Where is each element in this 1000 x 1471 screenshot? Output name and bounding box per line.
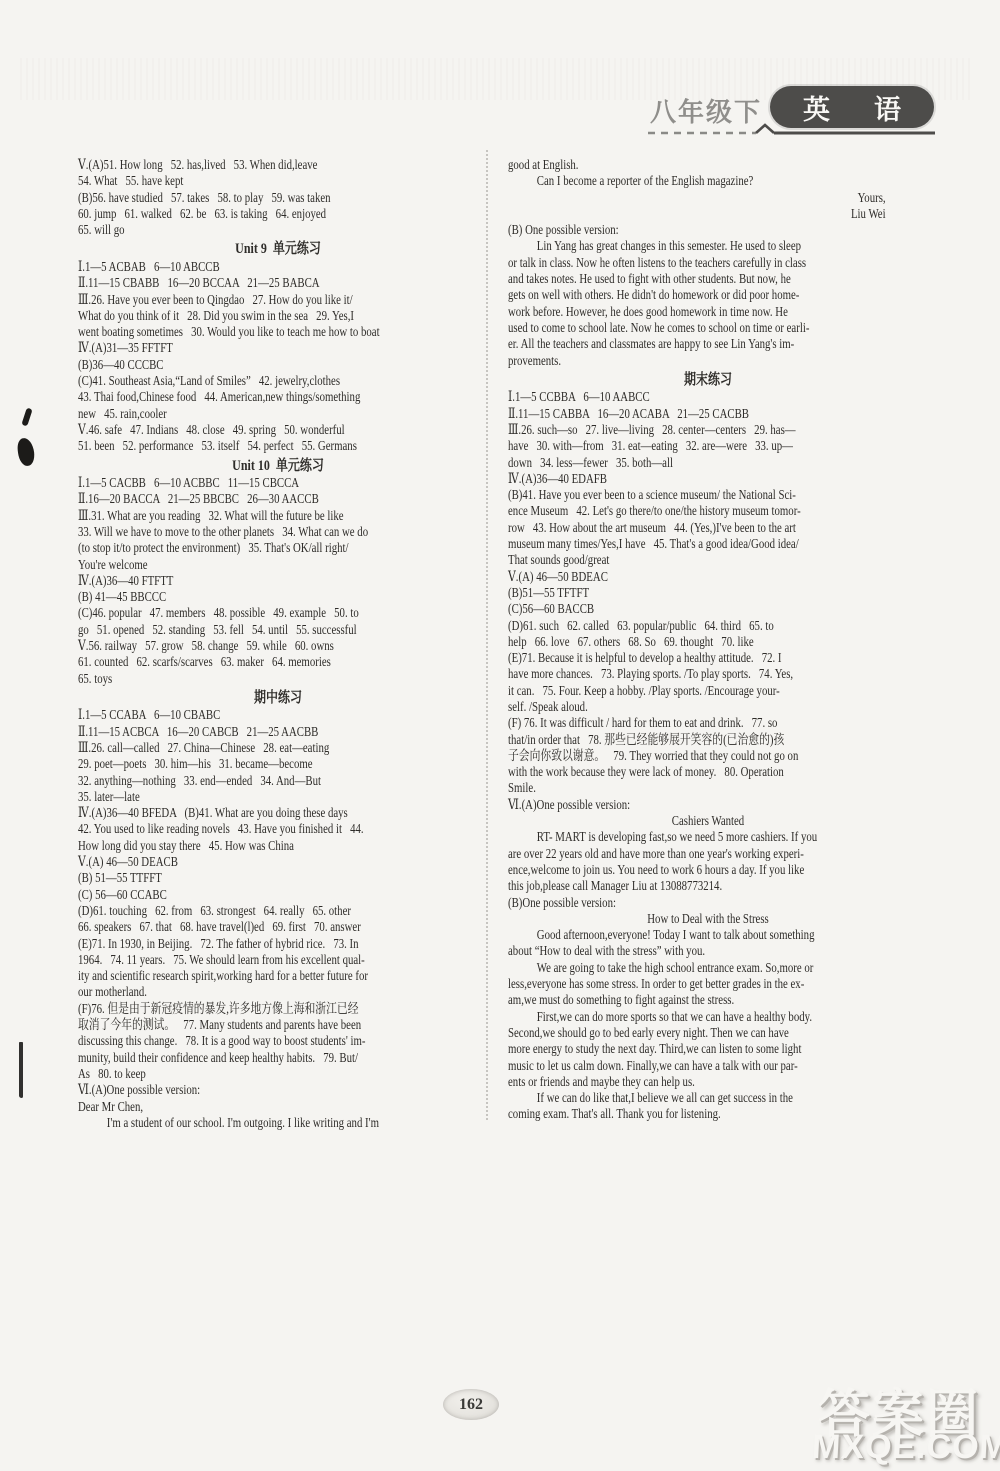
text-line: (D)61. such 62. called 63. popular/publi… <box>508 618 908 634</box>
text-line: went boating sometimes 30. Would you lik… <box>78 324 478 340</box>
column-divider <box>486 150 488 1120</box>
text-line: Ⅴ.56. railway 57. grow 58. change 59. wh… <box>78 638 478 654</box>
text-line: Ⅴ.(A)51. How long 52. has,lived 53. When… <box>78 157 478 173</box>
text-line: 51. been 52. performance 53. itself 54. … <box>78 438 478 454</box>
text-line: it can. 75. Four. Keep a hobby. /Play sp… <box>508 683 908 699</box>
text-line: Ⅰ.1—5 ACBAB 6—10 ABCCB <box>78 259 478 275</box>
text-line: As 80. to keep <box>78 1066 478 1082</box>
text-line: How to Deal with the Stress <box>508 911 908 927</box>
text-line: Second,we should go to bed early every n… <box>508 1025 908 1041</box>
text-line: down 34. less—fewer 35. both—all <box>508 455 908 471</box>
text-line: go 51. opened 52. standing 53. fell 54. … <box>78 622 478 638</box>
text-line: Ⅳ.(A)36—40 EDAFB <box>508 471 908 487</box>
text-line: 32. anything—nothing 33. end—ended 34. A… <box>78 773 478 789</box>
text-line: 29. poet—poets 30. him—his 31. became—be… <box>78 756 478 772</box>
text-line: 60. jump 61. walked 62. be 63. is taking… <box>78 206 478 222</box>
text-line: Yours, <box>508 190 908 206</box>
text-line: new 45. rain,cooler <box>78 406 478 422</box>
text-line: Can I become a reporter of the English m… <box>508 173 908 189</box>
text-line: Ⅳ.(A)36—40 BFEDA (B)41. What are you doi… <box>78 805 478 821</box>
watermark-site: MXQE.COM <box>811 1428 1000 1467</box>
text-line: are over 22 years old and have more than… <box>508 846 908 862</box>
text-line: about “How to deal with the stress” with… <box>508 943 908 959</box>
text-line: ity and scientific research spirit,worki… <box>78 968 478 984</box>
text-line: have 30. with—from 31. eat—eating 32. ar… <box>508 438 908 454</box>
text-line: Ⅳ.(A)31—35 FFTFT <box>78 340 478 356</box>
text-line: Ⅰ.1—5 CCBBA 6—10 AABCC <box>508 389 908 405</box>
section-heading: Unit 9 单元练习 <box>78 241 478 258</box>
text-line: (to stop it/to protect the environment) … <box>78 540 478 556</box>
text-line: less,everyone has some stress. In order … <box>508 976 908 992</box>
text-line: 54. What 55. have kept <box>78 173 478 189</box>
text-line: (B)41. Have you ever been to a science m… <box>508 487 908 503</box>
text-line: (B) One possible version: <box>508 222 908 238</box>
text-line: RT- MART is developing fast,so we need 5… <box>508 829 908 845</box>
text-line: 65. toys <box>78 671 478 687</box>
section-heading: 期末练习 <box>508 372 908 389</box>
text-line: more energy to study the next day. Third… <box>508 1041 908 1057</box>
text-line: Ⅵ.(A)One possible version: <box>508 797 908 813</box>
text-line: Ⅴ.(A) 46—50 DEACB <box>78 854 478 870</box>
text-line: Ⅲ.31. What are you reading 32. What will… <box>78 508 478 524</box>
text-line: coming exam. That's all. Thank you for l… <box>508 1106 908 1122</box>
text-line: er. All the teachers and classmates are … <box>508 336 908 352</box>
text-line: (B)One possible version: <box>508 895 908 911</box>
text-line: good at English. <box>508 157 908 173</box>
text-line: (F) 76. It was difficult / hard for them… <box>508 715 908 731</box>
text-line: Ⅴ.46. safe 47. Indians 48. close 49. spr… <box>78 422 478 438</box>
text-line: Cashiers Wanted <box>508 813 908 829</box>
text-line: row 43. How about the art museum 44. (Ye… <box>508 520 908 536</box>
text-line: 子会向你致以谢意。 79. They worried that they cou… <box>508 748 908 764</box>
text-line: (C) 56—60 CCABC <box>78 887 478 903</box>
text-line: help 66. love 67. others 68. So 69. thou… <box>508 634 908 650</box>
text-line: Ⅴ.(A) 46—50 BDEAC <box>508 569 908 585</box>
text-line: Ⅵ.(A)One possible version: <box>78 1082 478 1098</box>
text-line: have more chances. 73. Playing sports. /… <box>508 666 908 682</box>
text-line: I'm a student of our school. I'm outgoin… <box>78 1115 478 1131</box>
text-line: (C)41. Southeast Asia,“Land of Smiles” 4… <box>78 373 478 389</box>
text-line: munity, build their confidence and keep … <box>78 1050 478 1066</box>
text-line: Ⅱ.11—15 ACBCA 16—20 CABCB 21—25 AACBB <box>78 724 478 740</box>
section-heading: 期中练习 <box>78 690 478 707</box>
text-line: 1964. 74. 11 years. 75. We should learn … <box>78 952 478 968</box>
page: 八年级下 英语 Ⅴ.(A)51. How long 52. has,lived … <box>0 0 1000 1471</box>
text-line: our motherland. <box>78 984 478 1000</box>
section-heading: Unit 10 单元练习 <box>78 458 478 475</box>
subject-badge-label: 英语 <box>803 88 945 127</box>
text-line: We are going to take the high school ent… <box>508 960 908 976</box>
text-line: Ⅳ.(A)36—40 FTFTT <box>78 573 478 589</box>
text-line: (B)56. have studied 57. takes 58. to pla… <box>78 190 478 206</box>
text-line: Ⅱ.16—20 BACCA 21—25 BBCBC 26—30 AACCB <box>78 491 478 507</box>
text-line: museum many times/Yes,I have 45. That's … <box>508 536 908 552</box>
page-number-badge: 162 <box>443 1389 499 1420</box>
text-line: am,we must do something to fight against… <box>508 992 908 1008</box>
text-line: (C)56—60 BACCB <box>508 601 908 617</box>
text-line: discussing this change. 78. It is a good… <box>78 1033 478 1049</box>
answers-column-right: good at English.Can I become a reporter … <box>508 157 908 1123</box>
text-line: 66. speakers 67. that 68. have travel(l)… <box>78 919 478 935</box>
text-line: (D)61. touching 62. from 63. strongest 6… <box>78 903 478 919</box>
text-line: (F)76. 但是由于新冠疫情的暴发,许多地方像上海和浙江已经 <box>78 1001 478 1017</box>
text-line: If we can do like that,I believe we all … <box>508 1090 908 1106</box>
text-line: 42. You used to like reading novels 43. … <box>78 821 478 837</box>
text-line: (B)36—40 CCCBC <box>78 357 478 373</box>
text-line: or talk in class. Now he often listens t… <box>508 255 908 271</box>
text-line: 取消了今年的测试。 77. Many students and parents … <box>78 1017 478 1033</box>
text-line: self. /Speak aloud. <box>508 699 908 715</box>
text-line: Ⅲ.26. Have you ever been to Qingdao 27. … <box>78 292 478 308</box>
text-line: 33. Will we have to move to the other pl… <box>78 524 478 540</box>
text-line: That sounds good/great <box>508 552 908 568</box>
text-line: gets on well with others. He didn't do h… <box>508 287 908 303</box>
text-line: with the work because they were lack of … <box>508 764 908 780</box>
text-line: Ⅰ.1—5 CCABA 6—10 CBABC <box>78 707 478 723</box>
ink-mark <box>21 408 32 427</box>
text-line: Lin Yang has great changes in this semes… <box>508 238 908 254</box>
text-line: provements. <box>508 353 908 369</box>
text-line: (B)51—55 TFTFT <box>508 585 908 601</box>
text-line: used to come to school late. Now he come… <box>508 320 908 336</box>
text-line: that/in order that 78. 那些已经能够展开笑容的(已治愈的)… <box>508 732 908 748</box>
text-line: ence,welcome to join us. You need to wor… <box>508 862 908 878</box>
text-line: First,we can do more sports so that we c… <box>508 1009 908 1025</box>
text-line: Ⅱ.11—15 CBABB 16—20 BCCAA 21—25 BABCA <box>78 275 478 291</box>
ink-mark <box>16 437 35 467</box>
text-line: ence Museum 42. Let's go there/to one/th… <box>508 503 908 519</box>
text-line: Dear Mr Chen, <box>78 1099 478 1115</box>
ink-mark <box>19 1042 23 1098</box>
text-line: How long did you stay there 45. How was … <box>78 838 478 854</box>
text-line: ents or friends and maybe they can help … <box>508 1074 908 1090</box>
text-line: (E)71. Because it is helpful to develop … <box>508 650 908 666</box>
text-line: 43. Thai food,Chinese food 44. American,… <box>78 389 478 405</box>
text-line: Ⅲ.26. such—so 27. live—living 28. center… <box>508 422 908 438</box>
text-line: work before. However, he does good homew… <box>508 304 908 320</box>
text-line: 35. later—late <box>78 789 478 805</box>
text-line: and takes notes. He used to fight with o… <box>508 271 908 287</box>
text-line: You're welcome <box>78 557 478 573</box>
header-rule <box>645 122 939 140</box>
text-line: music to let us calm down. Finally,we ca… <box>508 1058 908 1074</box>
text-line: (C)46. popular 47. members 48. possible … <box>78 605 478 621</box>
text-line: 61. counted 62. scarfs/scarves 63. maker… <box>78 654 478 670</box>
text-line: What do you think of it 28. Did you swim… <box>78 308 478 324</box>
text-line: (B) 51—55 TTFFT <box>78 870 478 886</box>
text-line: Ⅱ.11—15 CABBA 16—20 ACABA 21—25 CACBB <box>508 406 908 422</box>
text-line: 65. will go <box>78 222 478 238</box>
text-line: this job,please call Manager Liu at 1308… <box>508 878 908 894</box>
answers-column-left: Ⅴ.(A)51. How long 52. has,lived 53. When… <box>78 157 478 1131</box>
text-line: Good afternoon,everyone! Today I want to… <box>508 927 908 943</box>
text-line: Ⅲ.26. call—called 27. China—Chinese 28. … <box>78 740 478 756</box>
text-line: (E)71. In 1930, in Beijing. 72. The fath… <box>78 936 478 952</box>
text-line: Smile. <box>508 780 908 796</box>
text-line: Liu Wei <box>508 206 908 222</box>
text-line: Ⅰ.1—5 CACBB 6—10 ACBBC 11—15 CBCCA <box>78 475 478 491</box>
text-line: (B) 41—45 BBCCC <box>78 589 478 605</box>
